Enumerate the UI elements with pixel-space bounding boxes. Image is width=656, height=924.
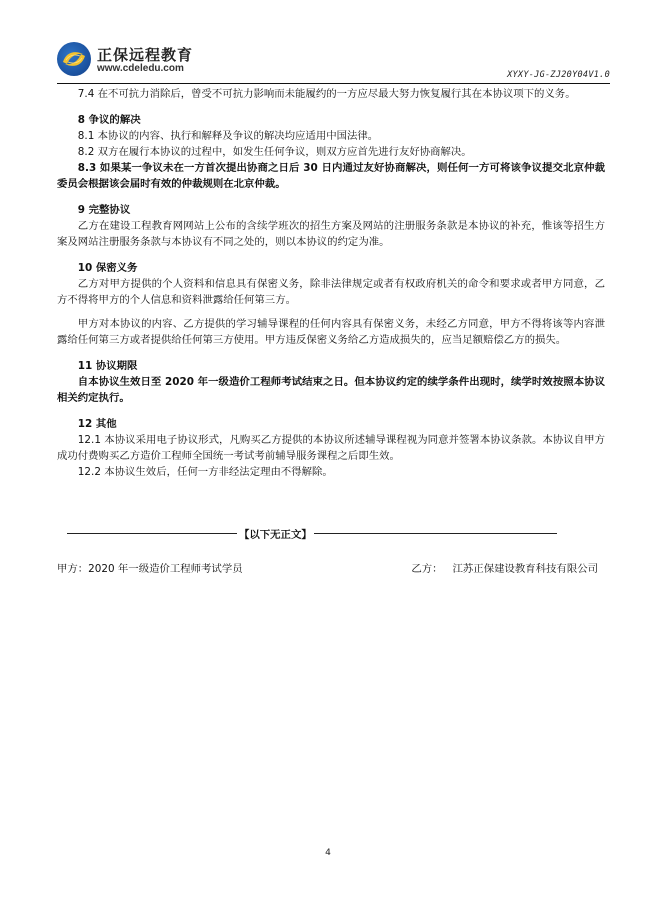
document-code: XYXY-JG-ZJ20Y04V1.0 <box>507 70 610 80</box>
document-body: 7.4 在不可抗力消除后，曾受不可抗力影响而未能履约的一方应尽最大努力恢复履行其… <box>57 86 605 480</box>
brand-url: www.cdeledu.com <box>97 63 184 74</box>
section-10-paragraph-1: 乙方对甲方提供的个人资料和信息具有保密义务，除非法律规定或者有权政府机关的命令和… <box>57 276 605 308</box>
clause-8-1: 8.1 本协议的内容、执行和解释及争议的解决均应适用中国法律。 <box>57 128 605 144</box>
page-header: 正保远程教育 www.cdeledu.com XYXY-JG-ZJ20Y04V1… <box>57 40 610 80</box>
section-10-paragraph-2: 甲方对本协议的内容、乙方提供的学习辅导课程的任何内容具有保密义务，未经乙方同意，… <box>57 316 605 348</box>
divider-line-right <box>314 533 557 534</box>
section-9-title: 9 完整协议 <box>57 202 605 218</box>
clause-8-3: 8.3 如果某一争议未在一方首次提出协商之日后 30 日内通过友好协商解决，则任… <box>57 160 605 192</box>
party-b-value: 江苏正保建设教育科技有限公司 <box>453 563 598 575</box>
party-b-signature: 乙方：江苏正保建设教育科技有限公司 <box>411 561 598 577</box>
section-9-paragraph: 乙方在建设工程教育网网站上公布的含续学班次的招生方案及网站的注册服务条款是本协议… <box>57 218 605 250</box>
party-a-value: 2020 年一级造价工程师考试学员 <box>88 563 242 575</box>
party-a-label: 甲方： <box>57 563 88 575</box>
party-a-signature: 甲方：2020 年一级造价工程师考试学员 <box>57 561 243 577</box>
end-of-text-divider: 【以下无正文】 <box>67 526 557 541</box>
header-divider <box>57 83 610 84</box>
section-12-title: 12 其他 <box>57 416 605 432</box>
end-marker: 【以下无正文】 <box>237 526 314 541</box>
page-number: 4 <box>0 848 656 858</box>
section-10-title: 10 保密义务 <box>57 260 605 276</box>
clause-12-2: 12.2 本协议生效后，任何一方非经法定理由不得解除。 <box>57 464 605 480</box>
clause-7-4: 7.4 在不可抗力消除后，曾受不可抗力影响而未能履约的一方应尽最大努力恢复履行其… <box>57 86 605 102</box>
section-11-title: 11 协议期限 <box>57 358 605 374</box>
cdeledu-logo-icon <box>57 42 91 76</box>
clause-12-1: 12.1 本协议采用电子协议形式，凡购买乙方提供的本协议所述辅导课程视为同意并签… <box>57 432 605 464</box>
party-b-label: 乙方： <box>411 563 442 575</box>
document-page: 正保远程教育 www.cdeledu.com XYXY-JG-ZJ20Y04V1… <box>0 0 656 924</box>
section-8-title: 8 争议的解决 <box>57 112 605 128</box>
divider-line-left <box>67 533 237 534</box>
section-11-paragraph: 自本协议生效日至 2020 年一级造价工程师考试结束之日。但本协议约定的续学条件… <box>57 374 605 406</box>
brand-name: 正保远程教育 <box>97 44 193 65</box>
clause-8-2: 8.2 双方在履行本协议的过程中，如发生任何争议，则双方应首先进行友好协商解决。 <box>57 144 605 160</box>
